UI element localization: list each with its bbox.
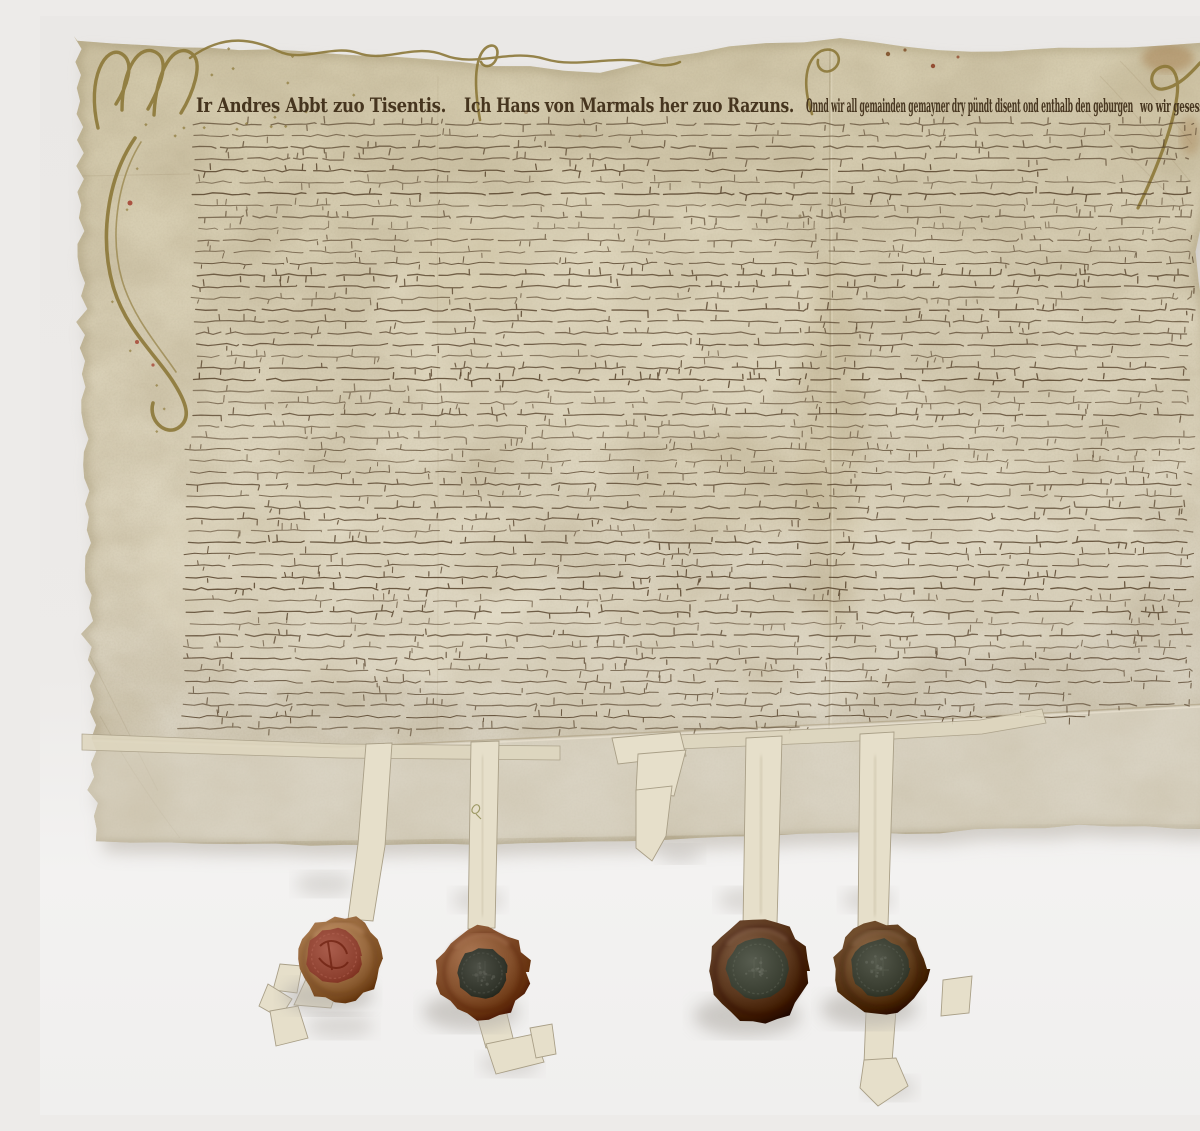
heading-segment-3: Onnd wir all gemainden gemayner dry pünd… <box>806 96 1133 117</box>
stain-speck <box>957 56 960 59</box>
seal-2-relief-dot <box>482 976 484 978</box>
seal-2-relief-dot <box>479 971 482 974</box>
charter-photograph: Ir Andres Abbt zuo Tisentis. Ich Hans vo… <box>40 16 1200 1115</box>
seal-2-relief-dot <box>478 962 480 964</box>
tag-shading <box>760 756 762 914</box>
seal-2-relief-dot <box>486 983 489 986</box>
stain-speck <box>151 363 154 366</box>
seal-2-relief-dot <box>479 965 481 967</box>
heading-line: Ir Andres Abbt zuo Tisentis. Ich Hans vo… <box>196 93 1200 117</box>
stain-speck <box>903 48 906 51</box>
seal-4-relief-dot <box>877 972 879 974</box>
seal-4-relief-dot <box>884 956 887 959</box>
seal-4-relief-dot <box>877 965 879 967</box>
tag-shading <box>874 756 876 916</box>
stain-speck <box>931 64 935 68</box>
seal-4-relief-dot <box>874 955 877 958</box>
heading-segment-2: Ich Hans von Marmals her zuo Razuns. <box>464 93 794 117</box>
seal-4-relief-dot <box>870 970 873 973</box>
seal-4-relief-dot <box>865 961 868 964</box>
water-stain <box>410 224 530 308</box>
stain-speck <box>135 340 139 344</box>
seal-2-relief-dot <box>479 967 481 969</box>
seal-2-relief-dot <box>480 984 482 986</box>
seal-4-relief-dot <box>877 967 879 969</box>
stain-speck <box>128 201 133 206</box>
tag-4-fold <box>941 976 972 1016</box>
seal-2-relief-dot <box>491 978 493 980</box>
heading-segment-4: wo wir gesess <box>1139 97 1200 117</box>
sheen <box>380 186 820 446</box>
cast-shadow <box>306 1014 374 1038</box>
seal-3-relief-dot <box>755 968 758 971</box>
seal-4-relief-dot <box>871 960 874 963</box>
stain-speck <box>886 52 890 56</box>
heading-segment-1: Ir Andres Abbt zuo Tisentis. <box>196 93 446 117</box>
seal-3-relief-dot <box>745 973 747 975</box>
seal-2-relief-dot <box>481 979 484 982</box>
cast-shadow <box>295 872 355 896</box>
tag-shading <box>482 756 483 916</box>
cast-shadow <box>658 845 702 863</box>
seal-3-relief-dot <box>766 977 768 979</box>
charter-scene: Ir Andres Abbt zuo Tisentis. Ich Hans vo… <box>40 16 1200 1115</box>
seal-3-relief-dot <box>754 957 756 959</box>
